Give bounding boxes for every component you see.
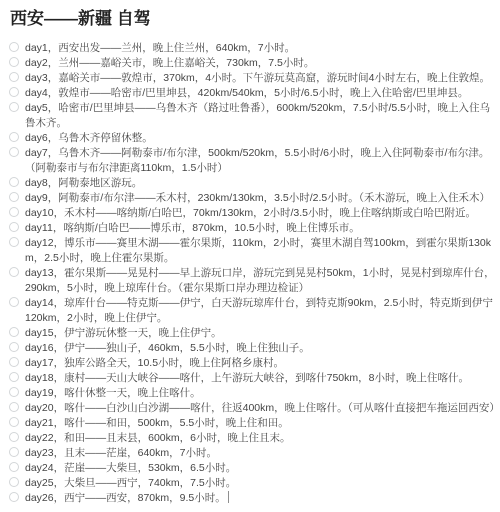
checklist-item: day11，喀纳斯/白哈巴——博乐市，870km，10.5小时，晚上住博乐市。 — [9, 221, 496, 236]
checklist-item-text[interactable]: day15，伊宁游玩休整一天，晚上住伊宁。 — [25, 326, 496, 341]
checklist-item: day17，独库公路全天，10.5小时，晚上住阿格乡康村。 — [9, 356, 496, 371]
checklist-item-text[interactable]: day21，喀什——和田，500km，5.5小时，晚上住和田。 — [25, 416, 496, 431]
checkbox-circle-icon[interactable] — [9, 297, 19, 307]
checkbox-circle-icon[interactable] — [9, 147, 19, 157]
checklist-item-text[interactable]: day1，西安出发——兰州，晚上住兰州，640km，7小时。 — [25, 41, 496, 56]
checkbox-circle-icon[interactable] — [9, 402, 19, 412]
checklist-item-text[interactable]: day18，康村——天山大峡谷——喀什，上午游玩大峡谷，到喀什750km，8小时… — [25, 371, 496, 386]
checkbox-circle-icon[interactable] — [9, 327, 19, 337]
checkbox-circle-icon[interactable] — [9, 447, 19, 457]
checklist-item-text[interactable]: day23，且末——茫崖，640km，7小时。 — [25, 446, 496, 461]
checklist-item-text[interactable]: day10，禾木村——喀纳斯/白哈巴，70km/130km，2小时/3.5小时，… — [25, 206, 496, 221]
checklist-item: day1，西安出发——兰州，晚上住兰州，640km，7小时。 — [9, 41, 496, 56]
checklist-item-text[interactable]: day14，琼库什台——特克斯——伊宁，白天游玩琼库什台，到特克斯90km，2.… — [25, 296, 496, 326]
checkbox-circle-icon[interactable] — [9, 462, 19, 472]
checklist-item-text[interactable]: day6，乌鲁木齐停留休整。 — [25, 131, 496, 146]
checklist-item: day18，康村——天山大峡谷——喀什，上午游玩大峡谷，到喀什750km，8小时… — [9, 371, 496, 386]
checklist-item-text[interactable]: day16，伊宁——独山子，460km，5.5小时，晚上住独山子。 — [25, 341, 496, 356]
checkbox-circle-icon[interactable] — [9, 192, 19, 202]
checkbox-circle-icon[interactable] — [9, 237, 19, 247]
checkbox-circle-icon[interactable] — [9, 267, 19, 277]
checklist-item: day16，伊宁——独山子，460km，5.5小时，晚上住独山子。 — [9, 341, 496, 356]
checkbox-circle-icon[interactable] — [9, 222, 19, 232]
checklist-item: day24，茫崖——大柴旦，530km，6.5小时。 — [9, 461, 496, 476]
checklist-item-text[interactable]: day8，阿勒泰地区游玩。 — [25, 176, 496, 191]
checklist-item: day13，霍尔果斯——晃晃村——早上游玩口岸，游玩完到晃晃村50km，1小时，… — [9, 266, 496, 296]
checkbox-circle-icon[interactable] — [9, 132, 19, 142]
checklist-item: day9，阿勒泰市/布尔津——禾木村，230km/130km，3.5小时/2.5… — [9, 191, 496, 206]
checklist-item: day20，喀什——白沙山白沙湖——喀什，往返400km，晚上住喀什。（可从喀什… — [9, 401, 496, 416]
checklist-item-text[interactable]: day20，喀什——白沙山白沙湖——喀什，往返400km，晚上住喀什。（可从喀什… — [25, 401, 496, 416]
checklist: day1，西安出发——兰州，晚上住兰州，640km，7小时。 day2，兰州——… — [9, 41, 496, 506]
checklist-item: day15，伊宁游玩休整一天，晚上住伊宁。 — [9, 326, 496, 341]
checklist-item-text[interactable]: day26，西宁——西安，870km，9.5小时。 — [25, 491, 496, 506]
checklist-item-text[interactable]: day25，大柴旦——西宁，740km，7.5小时。 — [25, 476, 496, 491]
checkbox-circle-icon[interactable] — [9, 372, 19, 382]
checklist-item-text[interactable]: day4，敦煌市——哈密市/巴里坤县，420km/540km，5小时/6.5小时… — [25, 86, 496, 101]
checklist-item: day10，禾木村——喀纳斯/白哈巴，70km/130km，2小时/3.5小时，… — [9, 206, 496, 221]
checklist-item-text[interactable]: day17，独库公路全天，10.5小时，晚上住阿格乡康村。 — [25, 356, 496, 371]
checklist-item: day26，西宁——西安，870km，9.5小时。 — [9, 491, 496, 506]
checklist-item: day12，博乐市——赛里木湖——霍尔果斯，110km，2小时，赛里木湖自驾10… — [9, 236, 496, 266]
text-cursor — [228, 491, 229, 503]
checklist-item-text[interactable]: day12，博乐市——赛里木湖——霍尔果斯，110km，2小时，赛里木湖自驾10… — [25, 236, 496, 266]
checklist-item-text[interactable]: day2，兰州——嘉峪关市，晚上住嘉峪关，730km，7.5小时。 — [25, 56, 496, 71]
checkbox-circle-icon[interactable] — [9, 72, 19, 82]
note-title[interactable]: 西安——新疆 自驾 — [10, 8, 496, 30]
checklist-item: day14，琼库什台——特克斯——伊宁，白天游玩琼库什台，到特克斯90km，2.… — [9, 296, 496, 326]
checklist-item: day21，喀什——和田，500km，5.5小时，晚上住和田。 — [9, 416, 496, 431]
checkbox-circle-icon[interactable] — [9, 342, 19, 352]
checklist-item: day19，喀什休整一天，晚上住喀什。 — [9, 386, 496, 401]
checkbox-circle-icon[interactable] — [9, 87, 19, 97]
checklist-item: day6，乌鲁木齐停留休整。 — [9, 131, 496, 146]
checklist-item: day2，兰州——嘉峪关市，晚上住嘉峪关，730km，7.5小时。 — [9, 56, 496, 71]
checklist-item: day4，敦煌市——哈密市/巴里坤县，420km/540km，5小时/6.5小时… — [9, 86, 496, 101]
checklist-item: day22，和田——且末县，600km，6小时，晚上住且末。 — [9, 431, 496, 446]
checklist-item: day7，乌鲁木齐——阿勒泰市/布尔津，500km/520km，5.5小时/6小… — [9, 146, 496, 176]
checklist-item-text[interactable]: day19，喀什休整一天，晚上住喀什。 — [25, 386, 496, 401]
checklist-item-text[interactable]: day3，嘉峪关市——敦煌市，370km，4小时。下午游玩莫高窟，游玩时间4小时… — [25, 71, 496, 86]
checklist-item-text[interactable]: day22，和田——且末县，600km，6小时，晚上住且末。 — [25, 431, 496, 446]
checklist-item: day23，且末——茫崖，640km，7小时。 — [9, 446, 496, 461]
checklist-item-text[interactable]: day9，阿勒泰市/布尔津——禾木村，230km/130km，3.5小时/2.5… — [25, 191, 496, 206]
checkbox-circle-icon[interactable] — [9, 177, 19, 187]
checkbox-circle-icon[interactable] — [9, 357, 19, 367]
checkbox-circle-icon[interactable] — [9, 42, 19, 52]
checklist-item-text[interactable]: day7，乌鲁木齐——阿勒泰市/布尔津，500km/520km，5.5小时/6小… — [25, 146, 496, 176]
checkbox-circle-icon[interactable] — [9, 207, 19, 217]
checklist-item: day5，哈密市/巴里坤县——乌鲁木齐（路过吐鲁番），600km/520km，7… — [9, 101, 496, 131]
checklist-item: day3，嘉峪关市——敦煌市，370km，4小时。下午游玩莫高窟，游玩时间4小时… — [9, 71, 496, 86]
checklist-item: day25，大柴旦——西宁，740km，7.5小时。 — [9, 476, 496, 491]
checklist-item-text[interactable]: day5，哈密市/巴里坤县——乌鲁木齐（路过吐鲁番），600km/520km，7… — [25, 101, 496, 131]
checkbox-circle-icon[interactable] — [9, 387, 19, 397]
checklist-item-text[interactable]: day11，喀纳斯/白哈巴——博乐市，870km，10.5小时，晚上住博乐市。 — [25, 221, 496, 236]
checklist-item: day8，阿勒泰地区游玩。 — [9, 176, 496, 191]
checkbox-circle-icon[interactable] — [9, 477, 19, 487]
note-page: 西安——新疆 自驾 day1，西安出发——兰州，晚上住兰州，640km，7小时。… — [0, 0, 500, 506]
checkbox-circle-icon[interactable] — [9, 417, 19, 427]
checklist-item-text[interactable]: day24，茫崖——大柴旦，530km，6.5小时。 — [25, 461, 496, 476]
checkbox-circle-icon[interactable] — [9, 432, 19, 442]
checkbox-circle-icon[interactable] — [9, 57, 19, 67]
checkbox-circle-icon[interactable] — [9, 102, 19, 112]
checklist-item-text[interactable]: day13，霍尔果斯——晃晃村——早上游玩口岸，游玩完到晃晃村50km，1小时，… — [25, 266, 496, 296]
checkbox-circle-icon[interactable] — [9, 492, 19, 502]
